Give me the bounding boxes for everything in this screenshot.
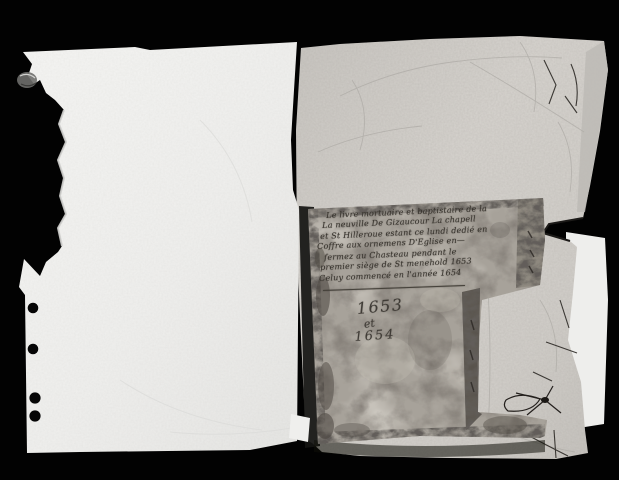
torn-curl (17, 72, 37, 88)
archival-scan: Le livre mortuaire et baptistaire de la … (0, 0, 619, 480)
white-corner-wedge (289, 414, 310, 442)
punch-hole-4 (29, 410, 40, 421)
scan-artwork (0, 0, 619, 480)
punch-hole-3 (29, 392, 40, 403)
punch-hole-1 (28, 303, 39, 314)
year-1653: 1653 (356, 295, 404, 318)
left-page-grain (19, 42, 299, 453)
punch-hole-2 (28, 344, 39, 355)
year-1654: 1654 (354, 327, 396, 345)
